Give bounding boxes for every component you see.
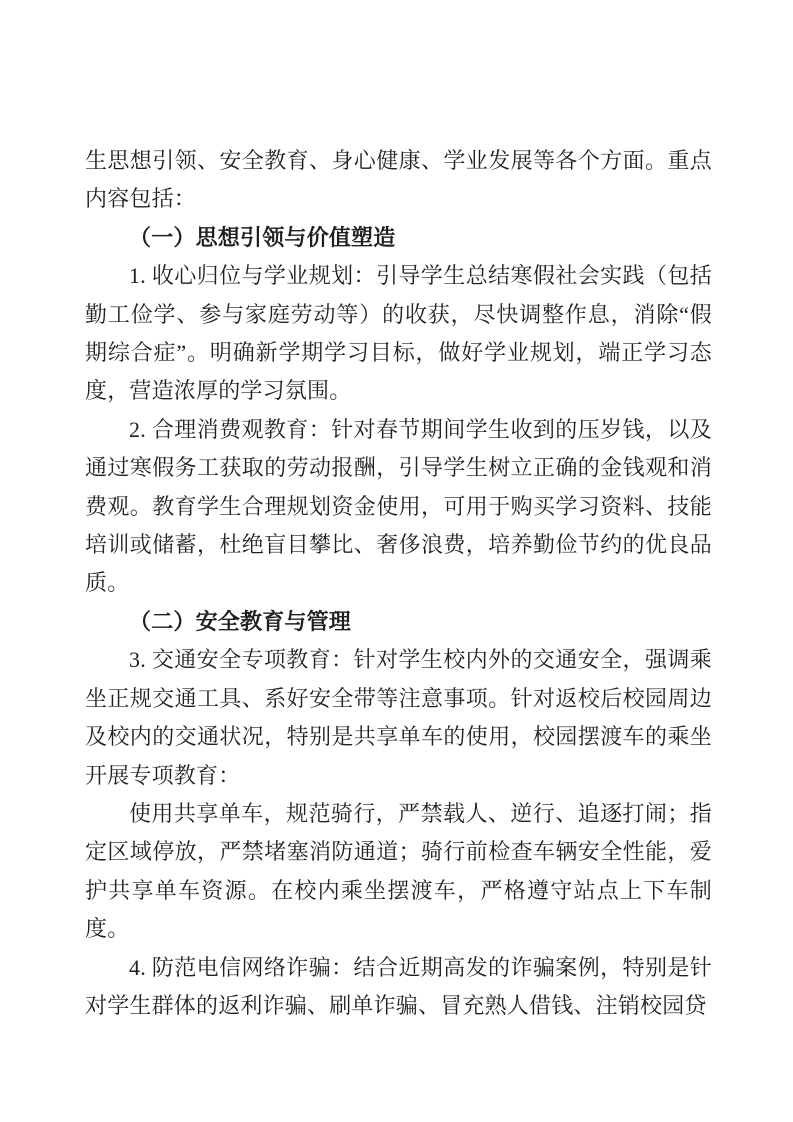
paragraph-continuation: 生思想引领、安全教育、身心健康、学业发展等各个方面。重点内容包括： — [85, 142, 712, 219]
paragraph-item-3: 3. 交通安全专项教育：针对学生校内外的交通安全，强调乘坐正规交通工具、系好安全… — [85, 641, 712, 795]
paragraph-bike-rules: 使用共享单车，规范骑行，严禁载人、逆行、追逐打闹；指定区域停放，严禁堵塞消防通道… — [85, 795, 712, 949]
document-page: 生思想引领、安全教育、身心健康、学业发展等各个方面。重点内容包括： （一）思想引… — [0, 0, 793, 1122]
section-heading-1: （一）思想引领与价值塑造 — [85, 219, 712, 257]
document-text-body: 生思想引领、安全教育、身心健康、学业发展等各个方面。重点内容包括： （一）思想引… — [85, 142, 712, 1025]
paragraph-item-2: 2. 合理消费观教育：针对春节期间学生收到的压岁钱，以及通过寒假务工获取的劳动报… — [85, 411, 712, 603]
section-heading-2: （二）安全教育与管理 — [85, 603, 712, 641]
paragraph-item-4: 4. 防范电信网络诈骗：结合近期高发的诈骗案例，特别是针对学生群体的返利诈骗、刷… — [85, 949, 712, 1026]
paragraph-item-1: 1. 收心归位与学业规划：引导学生总结寒假社会实践（包括勤工俭学、参与家庭劳动等… — [85, 257, 712, 411]
